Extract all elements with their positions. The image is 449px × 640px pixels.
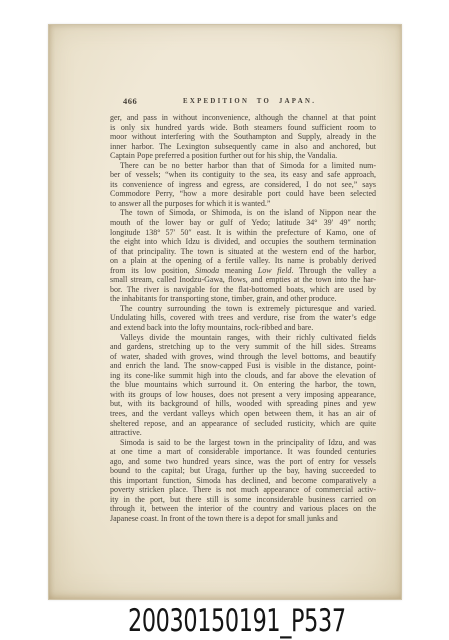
text-line: but, with its background of hills, woode…	[110, 399, 376, 409]
running-header-title: EXPEDITION TO JAPAN.	[183, 98, 316, 105]
text-line: There can be no better harbor than that …	[110, 161, 376, 171]
text-line: the blue mountains which surround it. On…	[110, 380, 376, 390]
text-line: bound to the capital; but Uraga, further…	[110, 466, 376, 476]
text-line: and extend back into the lofty mountains…	[110, 323, 376, 333]
text-line: Japanese coast. In front of the town the…	[110, 514, 376, 524]
text-line: ity in the port, but there still is some…	[110, 495, 376, 505]
text-line: mouth of the lower bay or gulf of Yedo; …	[110, 218, 376, 228]
text-line: ago, and some two hundred years since, w…	[110, 457, 376, 467]
text-line: Undulating hills, covered with trees and…	[110, 313, 376, 323]
text-line: through it, between the interior of the …	[110, 504, 376, 514]
page-number: 466	[123, 96, 137, 106]
text-line: Commodore Perry, “how a more desirable p…	[110, 189, 376, 199]
scanned-book-page: 466 EXPEDITION TO JAPAN. ger, and pass i…	[48, 24, 402, 600]
text-line: trees, and the verdant valleys which ope…	[110, 409, 376, 419]
text-line: and gardens, stretching up to the very s…	[110, 342, 376, 352]
text-line: sheltered repose, and an appearance of s…	[110, 419, 376, 429]
paragraph: The town of Simoda, or Shimoda, is on th…	[110, 208, 376, 303]
text-line: and enrich the land. The snow-capped Fus…	[110, 361, 376, 371]
text-line: of that principality. The town is situat…	[110, 247, 376, 257]
text-line: Simoda is said to be the largest town in…	[110, 438, 376, 448]
text-line: Captain Pope preferred a position furthe…	[110, 151, 376, 161]
text-line: of water, shaded with groves, wind throu…	[110, 352, 376, 362]
catalog-id-caption: 20030150191_P537	[128, 603, 346, 639]
text-line: this important function, Simoda has decl…	[110, 476, 376, 486]
text-line: The country surrounding the town is extr…	[110, 304, 376, 314]
paragraph: The country surrounding the town is extr…	[110, 304, 376, 333]
text-line: moor without interfering with the Southa…	[110, 132, 376, 142]
text-line: attractive.	[110, 428, 376, 438]
text-line: at one time a mart of considerable impor…	[110, 447, 376, 457]
paragraph: Simoda is said to be the largest town in…	[110, 438, 376, 524]
text-line: The town of Simoda, or Shimoda, is on th…	[110, 208, 376, 218]
text-line: with its groups of low houses, does not …	[110, 390, 376, 400]
text-line: its convenience of ingress and egress, a…	[110, 180, 376, 190]
text-line: ing its cone-like summit high into the c…	[110, 371, 376, 381]
text-line: poverty stricken place. There is not muc…	[110, 485, 376, 495]
body-text: ger, and pass in without inconvenience, …	[110, 113, 376, 524]
text-line: bor. The river is navigable for the flat…	[110, 285, 376, 295]
paragraph: Valleys divide the mountain ranges, with…	[110, 333, 376, 438]
text-line: Valleys divide the mountain ranges, with…	[110, 333, 376, 343]
text-line: the inhabitants for transporting stone, …	[110, 294, 376, 304]
text-line: small stream, called Inodzu-Gawa, flows,…	[110, 275, 376, 285]
text-line: longitude 138° 57′ 50″ east. It is withi…	[110, 228, 376, 238]
text-line: to answer all the purposes for which it …	[110, 199, 376, 209]
text-line: is only six hundred yards wide. Both ste…	[110, 123, 376, 133]
text-line: on a plain at the opening of a fertile v…	[110, 256, 376, 266]
paragraph: ger, and pass in without inconvenience, …	[110, 113, 376, 161]
text-line: from its low position, Simoda meaning Lo…	[110, 266, 376, 276]
text-line: ger, and pass in without inconvenience, …	[110, 113, 376, 123]
text-line: ber of vessels; “when its contiguity to …	[110, 170, 376, 180]
text-line: inner harbor. The Lexington subsequently…	[110, 142, 376, 152]
paragraph: There can be no better harbor than that …	[110, 161, 376, 209]
text-line: the eight into which Idzu is divided, an…	[110, 237, 376, 247]
